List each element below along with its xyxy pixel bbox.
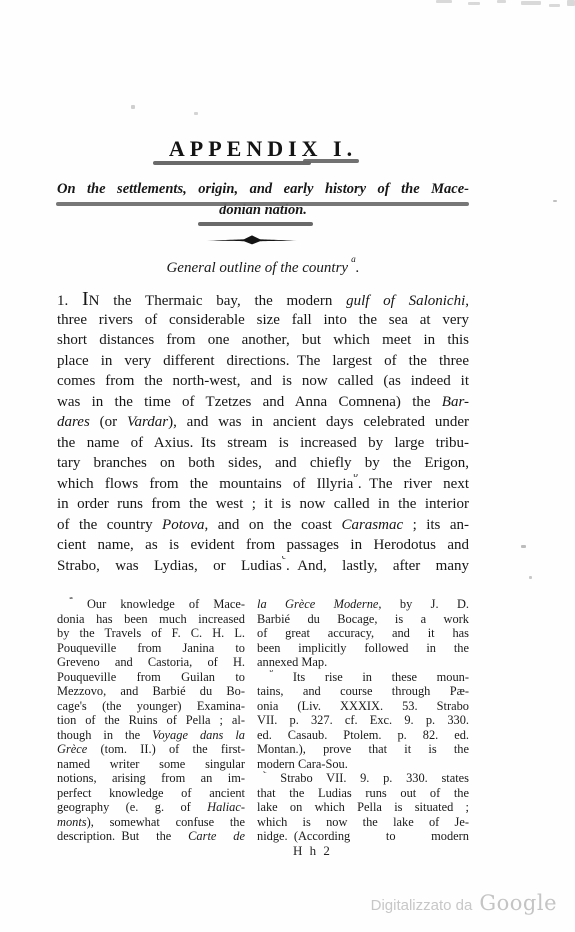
appendix-title: APPENDIX I. <box>57 136 469 162</box>
scan-artifact <box>131 105 135 109</box>
footnote-column-right: la Grèce Moderne, by J. D.Barbié du Boca… <box>257 597 469 844</box>
chapter-heading-line-1: On the settlements, origin, and early hi… <box>57 179 469 200</box>
footnotes: a Our knowledge of Mace-donia has been m… <box>57 597 469 844</box>
text-line: dares (or Vardar), and was in ancient da… <box>57 412 469 433</box>
text-line: which flows from the mountains of Illyri… <box>57 474 469 495</box>
scan-artifact <box>194 112 198 115</box>
pencil-underline-title <box>303 159 359 163</box>
text-line: perfect knowledge of ancient <box>57 786 245 801</box>
text-line: b Its rise in these moun- <box>257 670 469 685</box>
text-line: geography (e. g. of Haliac- <box>57 800 245 815</box>
scan-artifact <box>497 0 506 3</box>
text-line: ed. Casaub. Ptolem. p. 82. ed. <box>257 728 469 743</box>
text-line: named writer some singular <box>57 757 245 772</box>
text-line: tains, and course through Pæ- <box>257 684 469 699</box>
text-line: the name of Axius. Its stream is increas… <box>57 433 469 454</box>
text-line: VII. p. 327. cf. Exc. 9. p. 330. <box>257 713 469 728</box>
printers-signature: H h 2 <box>293 843 332 859</box>
section-subtitle: General outline of the country a. <box>57 260 469 277</box>
text-line: notions, arising from an im- <box>57 771 245 786</box>
text-line: Montan.), prove that it is the <box>257 742 469 757</box>
pencil-underline-heading <box>198 222 313 226</box>
scan-artifact <box>468 2 480 5</box>
text-line: Mezzovo, and Barbié du Bo- <box>57 684 245 699</box>
scan-artifact <box>549 4 560 7</box>
text-line: lake on which Pella is situated ; <box>257 800 469 815</box>
chapter-heading: On the settlements, origin, and early hi… <box>57 179 469 221</box>
text-line: Pouqueville from Janina to <box>57 641 245 656</box>
text-line: 1. IN the Thermaic bay, the modern gulf … <box>57 289 469 310</box>
scan-artifact <box>529 576 532 579</box>
text-line: of the country Potova, and on the coast … <box>57 515 469 536</box>
google-watermark: Digitalizzato da Google <box>371 891 557 915</box>
text-line: monts), somewhat confuse the <box>57 815 245 830</box>
text-line: modern Cara-Sou. <box>257 757 469 772</box>
scan-artifact <box>521 545 526 548</box>
text-line: cient name, as is evident from passages … <box>57 535 469 556</box>
text-line: la Grèce Moderne, by J. D. <box>257 597 469 612</box>
text-line: tion of the Ruins of Pella ; al- <box>57 713 245 728</box>
text-line: cage's (the younger) Examina- <box>57 699 245 714</box>
scanned-book-page: APPENDIX I. On the settlements, origin, … <box>0 0 575 932</box>
text-line: donia has been much increased <box>57 612 245 627</box>
text-line: nidge. (According to modern <box>257 829 469 844</box>
pencil-underline-heading <box>56 202 469 206</box>
text-line: that the Ludias runs out of the <box>257 786 469 801</box>
text-line: Grèce (tom. II.) of the first- <box>57 742 245 757</box>
text-line: was in the time of Tzetzes and Anna Comn… <box>57 392 469 413</box>
text-line: Pouqueville from Guilan to <box>57 670 245 685</box>
text-line: annexed Map. <box>257 655 469 670</box>
watermark-text: Digitalizzato da <box>371 897 473 914</box>
text-line: of great accuracy, and it has <box>257 626 469 641</box>
text-line: c Strabo VII. 9. p. 330. states <box>257 771 469 786</box>
scan-artifact <box>567 0 575 6</box>
text-line: tary branches on both sides, and chiefly… <box>57 453 469 474</box>
text-line: a Our knowledge of Mace- <box>57 597 245 612</box>
divider-ornament-icon <box>207 234 297 246</box>
text-line: comes from the north-west, and is now ca… <box>57 371 469 392</box>
text-line: Greveno and Castoria, of H. <box>57 655 245 670</box>
footnote-column-left: a Our knowledge of Mace-donia has been m… <box>57 597 245 844</box>
text-line: been implicitly followed in the <box>257 641 469 656</box>
scan-artifact <box>553 200 557 202</box>
scan-artifact <box>436 0 452 3</box>
text-line: onia (Liv. XXXIX. 53. Strabo <box>257 699 469 714</box>
text-line: Strabo, was Lydias, or Ludiasc. And, las… <box>57 556 469 577</box>
text-line: Barbié du Bocage, is a work <box>257 612 469 627</box>
text-line: which is now the lake of Je- <box>257 815 469 830</box>
divider-ornament <box>207 233 297 251</box>
body-paragraph: 1. IN the Thermaic bay, the modern gulf … <box>57 289 469 576</box>
google-logo: Google <box>479 891 557 915</box>
scan-artifact <box>521 1 541 5</box>
pencil-underline-title <box>153 161 311 165</box>
text-line: place in very different directions. The … <box>57 351 469 372</box>
text-line: though in the Voyage dans la <box>57 728 245 743</box>
text-line: by the Travels of F. C. H. L. <box>57 626 245 641</box>
text-line: in order runs from the west ; it is now … <box>57 494 469 515</box>
text-line: three rivers of considerable size fall i… <box>57 310 469 331</box>
text-line: short distances from one another, but wh… <box>57 330 469 351</box>
text-line: description. But the Carte de <box>57 829 245 844</box>
